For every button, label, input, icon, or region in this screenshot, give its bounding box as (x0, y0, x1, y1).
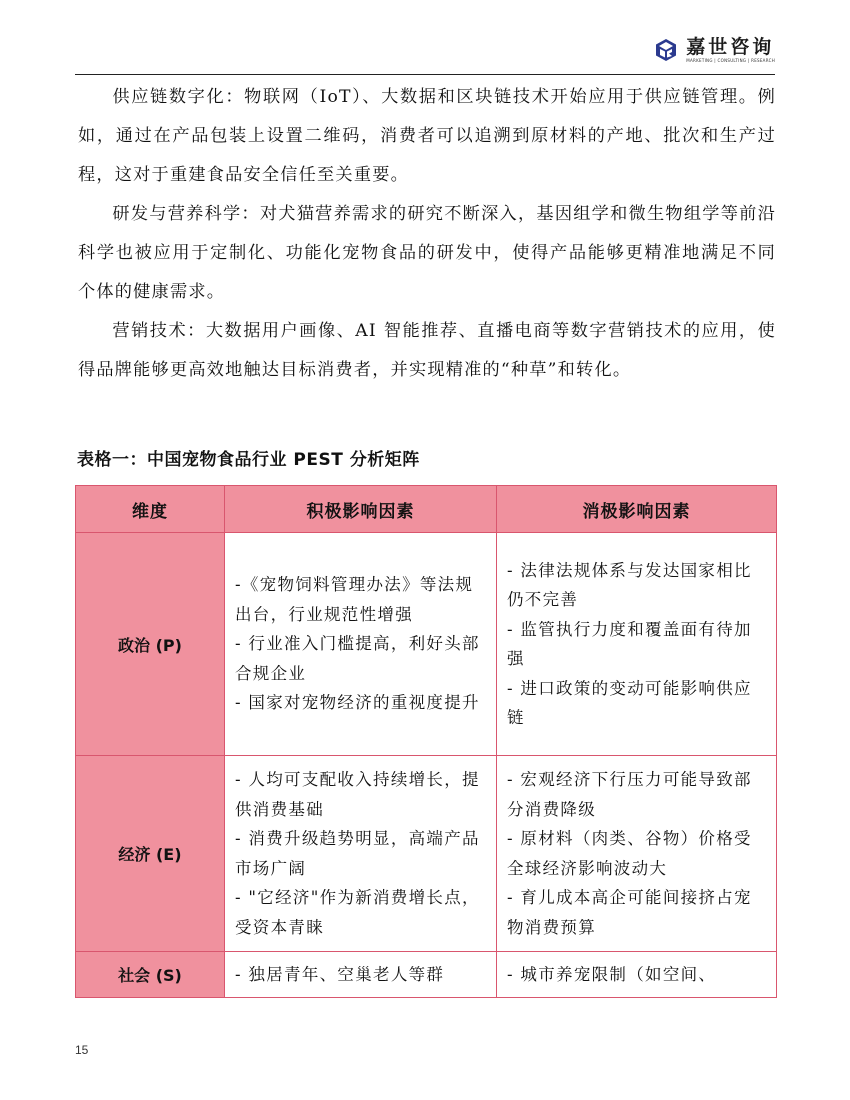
cube-logo-icon (654, 38, 678, 62)
negative-factors-cell: - 城市养宠限制（如空间、 (497, 952, 777, 998)
positive-factors-cell: - 独居青年、空巢老人等群 (225, 952, 497, 998)
brand-logo: 嘉世咨询 MARKETING | CONSULTING | RESEARCH (654, 36, 775, 64)
paragraph-marketing-tech: 营销技术：大数据用户画像、AI 智能推荐、直播电商等数字营销技术的应用，使得品牌… (78, 312, 776, 390)
positive-factors-cell: -《宠物饲料管理办法》等法规出台，行业规范性增强 - 行业准入门槛提高，利好头部… (225, 533, 497, 756)
table-row-economic: 经济 (E) - 人均可支配收入持续增长，提供消费基础 - 消费升级趋势明显，高… (76, 756, 777, 952)
column-header-dimension: 维度 (76, 486, 225, 533)
column-header-negative: 消极影响因素 (497, 486, 777, 533)
factor-item: - 宏观经济下行压力可能导致部分消费降级 (507, 765, 764, 824)
factor-item: - 人均可支配收入持续增长，提供消费基础 (235, 765, 484, 824)
column-header-positive: 积极影响因素 (225, 486, 497, 533)
factor-item: - 行业准入门槛提高，利好头部合规企业 (235, 629, 484, 688)
table-header-row: 维度 积极影响因素 消极影响因素 (76, 486, 777, 533)
table-row-political: 政治 (P) -《宠物饲料管理办法》等法规出台，行业规范性增强 - 行业准入门槛… (76, 533, 777, 756)
factor-item: - 监管执行力度和覆盖面有待加强 (507, 615, 764, 674)
dimension-cell: 经济 (E) (76, 756, 225, 952)
page-header: 嘉世咨询 MARKETING | CONSULTING | RESEARCH (75, 34, 775, 75)
factor-item: - 消费升级趋势明显，高端产品市场广阔 (235, 824, 484, 883)
factor-item: - 原材料（肉类、谷物）价格受全球经济影响波动大 (507, 824, 764, 883)
factor-item: - 国家对宠物经济的重视度提升 (235, 688, 484, 718)
pest-matrix-table: 维度 积极影响因素 消极影响因素 政治 (P) -《宠物饲料管理办法》等法规出台… (75, 485, 777, 998)
brand-name: 嘉世咨询 (686, 36, 774, 58)
factor-item: - 城市养宠限制（如空间、 (507, 960, 764, 990)
dimension-cell: 政治 (P) (76, 533, 225, 756)
paragraph-supply-chain: 供应链数字化：物联网（IoT）、大数据和区块链技术开始应用于供应链管理。例如，通… (78, 78, 776, 195)
negative-factors-cell: - 法律法规体系与发达国家相比仍不完善 - 监管执行力度和覆盖面有待加强 - 进… (497, 533, 777, 756)
factor-item: - 育儿成本高企可能间接挤占宠物消费预算 (507, 883, 764, 942)
factor-item: - 进口政策的变动可能影响供应链 (507, 674, 764, 733)
page-number: 15 (75, 1043, 88, 1057)
factor-item: - 法律法规体系与发达国家相比仍不完善 (507, 556, 764, 615)
brand-tagline: MARKETING | CONSULTING | RESEARCH (686, 58, 775, 64)
factor-item: - 独居青年、空巢老人等群 (235, 960, 484, 990)
negative-factors-cell: - 宏观经济下行压力可能导致部分消费降级 - 原材料（肉类、谷物）价格受全球经济… (497, 756, 777, 952)
factor-item: - "它经济"作为新消费增长点，受资本青睐 (235, 883, 484, 942)
dimension-cell: 社会 (S) (76, 952, 225, 998)
paragraph-rnd-nutrition: 研发与营养科学：对犬猫营养需求的研究不断深入，基因组学和微生物组学等前沿科学也被… (78, 195, 776, 312)
table-caption: 表格一：中国宠物食品行业 PEST 分析矩阵 (77, 445, 420, 470)
factor-item: -《宠物饲料管理办法》等法规出台，行业规范性增强 (235, 570, 484, 629)
table-row-social: 社会 (S) - 独居青年、空巢老人等群 - 城市养宠限制（如空间、 (76, 952, 777, 998)
positive-factors-cell: - 人均可支配收入持续增长，提供消费基础 - 消费升级趋势明显，高端产品市场广阔… (225, 756, 497, 952)
